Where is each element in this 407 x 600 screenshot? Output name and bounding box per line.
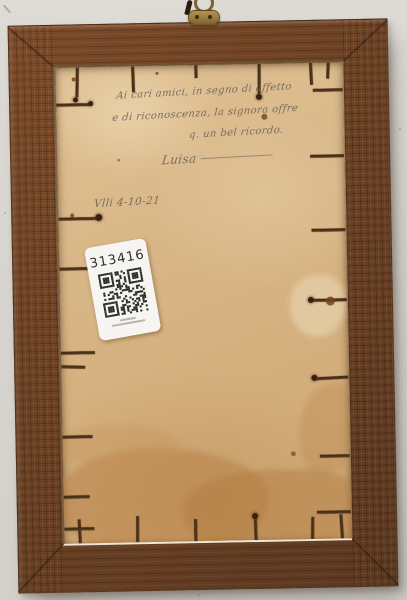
nail (326, 63, 330, 79)
nail (194, 65, 197, 78)
nail (61, 365, 85, 368)
wall-speck (4, 212, 6, 214)
nail (59, 267, 89, 271)
handwritten-dedication: Ai cari amici, in segno di affetto e di … (84, 75, 331, 217)
label-fine-print (111, 315, 146, 327)
backing-board: Ai cari amici, in segno di affetto e di … (53, 60, 352, 545)
nail (75, 67, 78, 97)
wall-speck (198, 594, 200, 596)
dedication-date: Vlli 4-10-21 (93, 181, 331, 216)
nail-head (311, 375, 317, 381)
screw-hole (208, 15, 212, 19)
wall-speck (399, 128, 401, 130)
hanging-hardware (180, 0, 224, 26)
inventory-label: 313416 (84, 238, 162, 341)
signature-name: Luisa (160, 146, 198, 174)
rust-spot (155, 72, 158, 75)
nail (136, 516, 139, 542)
rust-spot (326, 296, 335, 305)
screw-hole (195, 15, 199, 19)
nail (58, 217, 98, 221)
rust-spot (72, 77, 76, 81)
wall-scratch (3, 5, 11, 14)
nail (320, 454, 350, 458)
brass-hanger-plate (188, 10, 220, 25)
rust-spot (70, 213, 74, 217)
nail (194, 519, 197, 541)
nail (312, 376, 348, 381)
nail-head (252, 513, 258, 519)
photo-back-of-framed-artwork: Ai cari amici, in segno di affetto e di … (0, 0, 407, 600)
rust-spot (291, 451, 296, 456)
nail (61, 351, 95, 355)
nail-head (73, 97, 78, 102)
signature-flourish (200, 154, 272, 159)
nail (64, 495, 90, 498)
nail (311, 517, 314, 539)
nail-head (308, 297, 314, 303)
fine-print-line (112, 319, 146, 327)
water-stain (292, 378, 352, 479)
qr-code (98, 267, 149, 318)
light-blotch (289, 274, 346, 337)
wooden-frame: Ai cari amici, in segno di affetto e di … (8, 18, 399, 593)
nail (312, 228, 346, 232)
nail (64, 527, 94, 531)
nail (62, 435, 92, 439)
